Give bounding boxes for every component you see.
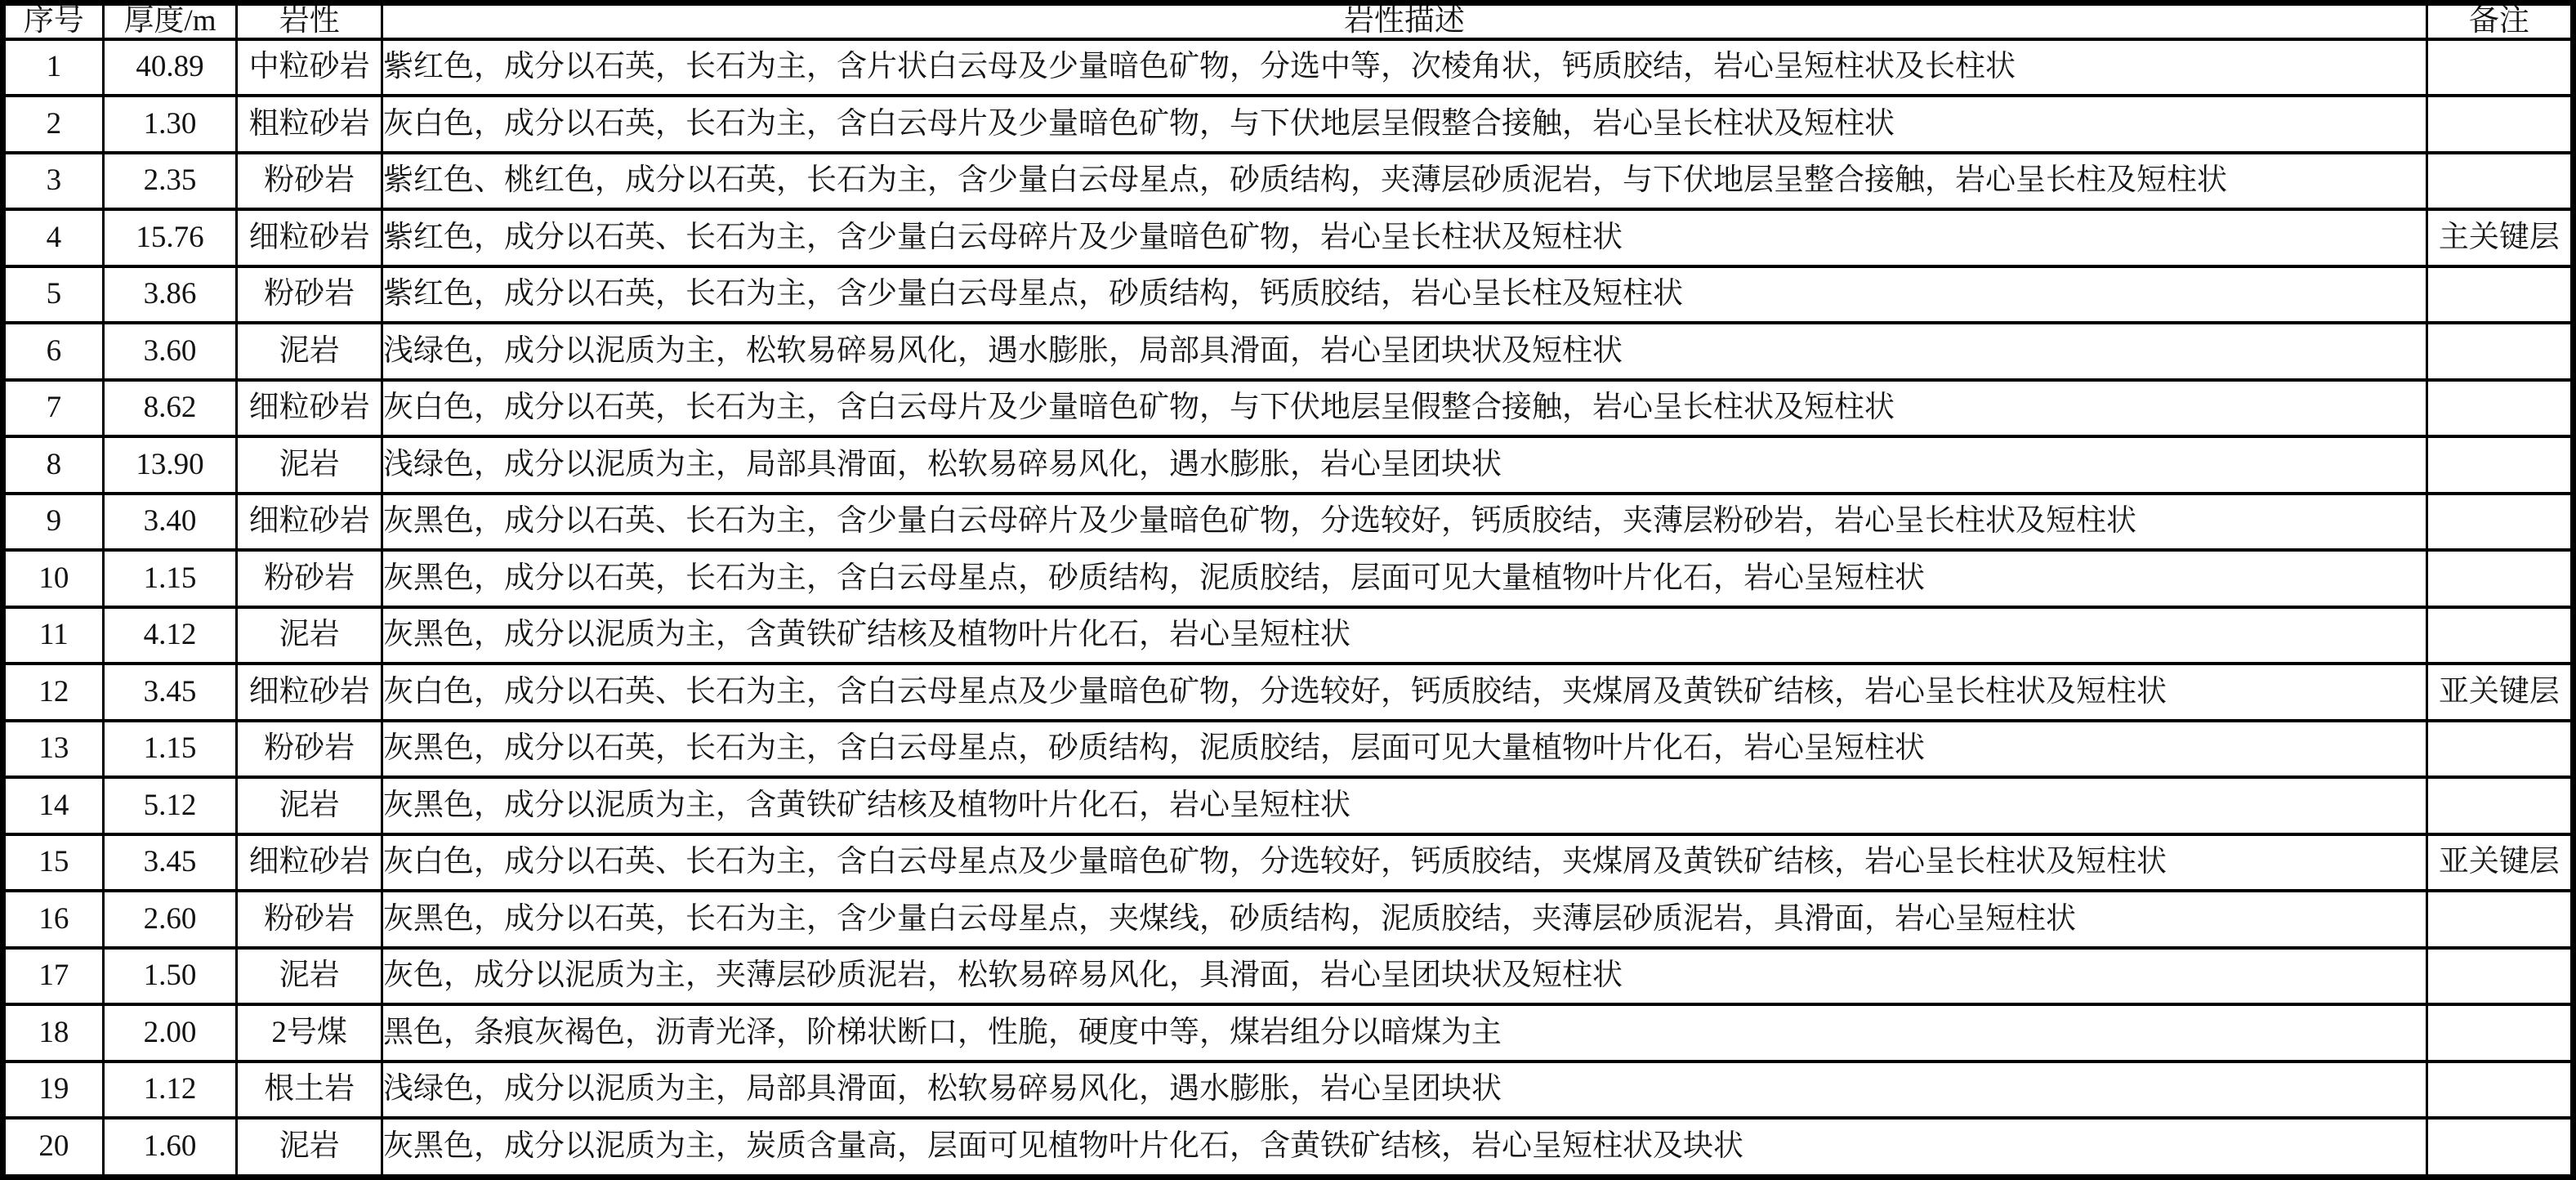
cell-seq-number: 13 <box>3 721 104 778</box>
cell-lithology: 粉砂岩 <box>237 550 382 607</box>
cell-seq-number: 10 <box>3 550 104 607</box>
cell-remark <box>2426 721 2573 778</box>
cell-description: 灰黑色，成分以泥质为主，炭质含量高，层面可见植物叶片化石，含黄铁矿结核，岩心呈短… <box>382 1118 2427 1177</box>
cell-description: 灰黑色，成分以泥质为主，含黄铁矿结核及植物叶片化石，岩心呈短柱状 <box>382 607 2427 664</box>
cell-remark <box>2426 96 2573 153</box>
header-lithology: 岩性 <box>237 3 382 39</box>
table-row: 16 2.60 粉砂岩 灰黑色，成分以石英，长石为主，含少量白云母星点，夹煤线，… <box>3 891 2574 948</box>
cell-lithology: 细粒砂岩 <box>237 834 382 892</box>
cell-seq-number: 3 <box>3 153 104 210</box>
cell-description: 灰白色，成分以石英，长石为主，含白云母片及少量暗色矿物，与下伏地层呈假整合接触，… <box>382 96 2427 153</box>
table-row: 15 3.45 细粒砂岩 灰白色，成分以石英、长石为主，含白云母星点及少量暗色矿… <box>3 834 2574 892</box>
cell-remark <box>2426 266 2573 324</box>
header-description: 岩性描述 <box>382 3 2427 39</box>
cell-seq-number: 17 <box>3 948 104 1005</box>
cell-lithology: 细粒砂岩 <box>237 664 382 721</box>
cell-thickness: 1.60 <box>103 1118 237 1177</box>
cell-seq-number: 6 <box>3 323 104 380</box>
cell-description: 浅绿色，成分以泥质为主，局部具滑面，松软易碎易风化，遇水膨胀，岩心呈团块状 <box>382 1062 2427 1119</box>
cell-remark <box>2426 1062 2573 1119</box>
cell-remark <box>2426 380 2573 437</box>
table-row: 14 5.12 泥岩 灰黑色，成分以泥质为主，含黄铁矿结核及植物叶片化石，岩心呈… <box>3 777 2574 834</box>
cell-thickness: 13.90 <box>103 436 237 494</box>
cell-seq-number: 19 <box>3 1062 104 1119</box>
cell-thickness: 5.12 <box>103 777 237 834</box>
table-row: 9 3.40 细粒砂岩 灰黑色，成分以石英、长石为主，含少量白云母碎片及少量暗色… <box>3 494 2574 551</box>
cell-remark: 主关键层 <box>2426 209 2573 266</box>
cell-seq-number: 9 <box>3 494 104 551</box>
cell-lithology: 泥岩 <box>237 1118 382 1177</box>
cell-remark <box>2426 777 2573 834</box>
cell-lithology: 泥岩 <box>237 777 382 834</box>
cell-remark <box>2426 607 2573 664</box>
table-row: 20 1.60 泥岩 灰黑色，成分以泥质为主，炭质含量高，层面可见植物叶片化石，… <box>3 1118 2574 1177</box>
cell-description: 灰黑色，成分以石英、长石为主，含少量白云母碎片及少量暗色矿物，分选较好，钙质胶结… <box>382 494 2427 551</box>
cell-remark: 亚关键层 <box>2426 664 2573 721</box>
header-remark: 备注 <box>2426 3 2573 39</box>
cell-remark <box>2426 891 2573 948</box>
table-row: 17 1.50 泥岩 灰色，成分以泥质为主，夹薄层砂质泥岩，松软易碎易风化，具滑… <box>3 948 2574 1005</box>
cell-remark <box>2426 153 2573 210</box>
cell-lithology: 细粒砂岩 <box>237 494 382 551</box>
cell-lithology: 根土岩 <box>237 1062 382 1119</box>
table-row: 5 3.86 粉砂岩 紫红色，成分以石英，长石为主，含少量白云母星点，砂质结构，… <box>3 266 2574 324</box>
cell-remark <box>2426 323 2573 380</box>
table-row: 19 1.12 根土岩 浅绿色，成分以泥质为主，局部具滑面，松软易碎易风化，遇水… <box>3 1062 2574 1119</box>
table-row: 13 1.15 粉砂岩 灰黑色，成分以石英，长石为主，含白云母星点，砂质结构，泥… <box>3 721 2574 778</box>
cell-lithology: 粉砂岩 <box>237 721 382 778</box>
cell-seq-number: 2 <box>3 96 104 153</box>
cell-seq-number: 11 <box>3 607 104 664</box>
cell-description: 灰黑色，成分以石英，长石为主，含白云母星点，砂质结构，泥质胶结，层面可见大量植物… <box>382 550 2427 607</box>
cell-description: 浅绿色，成分以泥质为主，局部具滑面，松软易碎易风化，遇水膨胀，岩心呈团块状 <box>382 436 2427 494</box>
cell-lithology: 粉砂岩 <box>237 891 382 948</box>
cell-remark <box>2426 494 2573 551</box>
cell-description: 黑色，条痕灰褐色，沥青光泽，阶梯状断口，性脆，硬度中等，煤岩组分以暗煤为主 <box>382 1004 2427 1062</box>
cell-lithology: 细粒砂岩 <box>237 209 382 266</box>
cell-lithology: 粉砂岩 <box>237 153 382 210</box>
cell-thickness: 40.89 <box>103 39 237 96</box>
table-row: 10 1.15 粉砂岩 灰黑色，成分以石英，长石为主，含白云母星点，砂质结构，泥… <box>3 550 2574 607</box>
cell-seq-number: 5 <box>3 266 104 324</box>
header-seq-number: 序号 <box>3 3 104 39</box>
table-row: 11 4.12 泥岩 灰黑色，成分以泥质为主，含黄铁矿结核及植物叶片化石，岩心呈… <box>3 607 2574 664</box>
cell-seq-number: 7 <box>3 380 104 437</box>
cell-thickness: 1.12 <box>103 1062 237 1119</box>
cell-seq-number: 18 <box>3 1004 104 1062</box>
table-row: 6 3.60 泥岩 浅绿色，成分以泥质为主，松软易碎易风化，遇水膨胀，局部具滑面… <box>3 323 2574 380</box>
cell-remark <box>2426 39 2573 96</box>
cell-description: 紫红色，成分以石英，长石为主，含片状白云母及少量暗色矿物，分选中等，次棱角状，钙… <box>382 39 2427 96</box>
cell-description: 紫红色，成分以石英、长石为主，含少量白云母碎片及少量暗色矿物，岩心呈长柱状及短柱… <box>382 209 2427 266</box>
cell-description: 紫红色、桃红色，成分以石英，长石为主，含少量白云母星点，砂质结构，夹薄层砂质泥岩… <box>382 153 2427 210</box>
cell-thickness: 3.45 <box>103 834 237 892</box>
table-row: 8 13.90 泥岩 浅绿色，成分以泥质为主，局部具滑面，松软易碎易风化，遇水膨… <box>3 436 2574 494</box>
cell-lithology: 泥岩 <box>237 323 382 380</box>
header-row: 序号 厚度/m 岩性 岩性描述 备注 <box>3 3 2574 39</box>
cell-thickness: 1.15 <box>103 721 237 778</box>
cell-lithology: 中粒砂岩 <box>237 39 382 96</box>
cell-thickness: 3.86 <box>103 266 237 324</box>
cell-thickness: 1.30 <box>103 96 237 153</box>
cell-remark <box>2426 1004 2573 1062</box>
cell-seq-number: 12 <box>3 664 104 721</box>
cell-thickness: 3.60 <box>103 323 237 380</box>
table-row: 3 2.35 粉砂岩 紫红色、桃红色，成分以石英，长石为主，含少量白云母星点，砂… <box>3 153 2574 210</box>
table-row: 7 8.62 细粒砂岩 灰白色，成分以石英，长石为主，含白云母片及少量暗色矿物，… <box>3 380 2574 437</box>
cell-seq-number: 14 <box>3 777 104 834</box>
cell-seq-number: 4 <box>3 209 104 266</box>
cell-lithology: 泥岩 <box>237 948 382 1005</box>
cell-description: 灰白色，成分以石英、长石为主，含白云母星点及少量暗色矿物，分选较好，钙质胶结，夹… <box>382 834 2427 892</box>
cell-thickness: 1.15 <box>103 550 237 607</box>
table-row: 2 1.30 粗粒砂岩 灰白色，成分以石英，长石为主，含白云母片及少量暗色矿物，… <box>3 96 2574 153</box>
cell-description: 灰白色，成分以石英、长石为主，含白云母星点及少量暗色矿物，分选较好，钙质胶结，夹… <box>382 664 2427 721</box>
cell-remark <box>2426 436 2573 494</box>
cell-thickness: 1.50 <box>103 948 237 1005</box>
cell-seq-number: 15 <box>3 834 104 892</box>
table-row: 12 3.45 细粒砂岩 灰白色，成分以石英、长石为主，含白云母星点及少量暗色矿… <box>3 664 2574 721</box>
cell-lithology: 2号煤 <box>237 1004 382 1062</box>
cell-remark <box>2426 1118 2573 1177</box>
cell-description: 灰黑色，成分以泥质为主，含黄铁矿结核及植物叶片化石，岩心呈短柱状 <box>382 777 2427 834</box>
borehole-lithology-page: 序号 厚度/m 岩性 岩性描述 备注 1 40.89 中粒砂岩 紫红色，成分以石… <box>0 0 2576 1180</box>
cell-thickness: 2.35 <box>103 153 237 210</box>
table-row: 4 15.76 细粒砂岩 紫红色，成分以石英、长石为主，含少量白云母碎片及少量暗… <box>3 209 2574 266</box>
cell-lithology: 泥岩 <box>237 607 382 664</box>
cell-thickness: 4.12 <box>103 607 237 664</box>
cell-seq-number: 1 <box>3 39 104 96</box>
cell-thickness: 3.40 <box>103 494 237 551</box>
cell-thickness: 3.45 <box>103 664 237 721</box>
cell-thickness: 15.76 <box>103 209 237 266</box>
cell-thickness: 2.00 <box>103 1004 237 1062</box>
cell-seq-number: 8 <box>3 436 104 494</box>
cell-description: 紫红色，成分以石英，长石为主，含少量白云母星点，砂质结构，钙质胶结，岩心呈长柱及… <box>382 266 2427 324</box>
cell-description: 浅绿色，成分以泥质为主，松软易碎易风化，遇水膨胀，局部具滑面，岩心呈团块状及短柱… <box>382 323 2427 380</box>
cell-thickness: 2.60 <box>103 891 237 948</box>
cell-seq-number: 20 <box>3 1118 104 1177</box>
cell-thickness: 8.62 <box>103 380 237 437</box>
cell-description: 灰黑色，成分以石英，长石为主，含少量白云母星点，夹煤线，砂质结构，泥质胶结，夹薄… <box>382 891 2427 948</box>
cell-lithology: 粉砂岩 <box>237 266 382 324</box>
cell-seq-number: 16 <box>3 891 104 948</box>
cell-description: 灰黑色，成分以石英，长石为主，含白云母星点，砂质结构，泥质胶结，层面可见大量植物… <box>382 721 2427 778</box>
cell-remark: 亚关键层 <box>2426 834 2573 892</box>
cell-lithology: 泥岩 <box>237 436 382 494</box>
cell-lithology: 细粒砂岩 <box>237 380 382 437</box>
cell-lithology: 粗粒砂岩 <box>237 96 382 153</box>
cell-remark <box>2426 948 2573 1005</box>
cell-description: 灰白色，成分以石英，长石为主，含白云母片及少量暗色矿物，与下伏地层呈假整合接触，… <box>382 380 2427 437</box>
table-row: 1 40.89 中粒砂岩 紫红色，成分以石英，长石为主，含片状白云母及少量暗色矿… <box>3 39 2574 96</box>
header-thickness: 厚度/m <box>103 3 237 39</box>
table-row: 18 2.00 2号煤 黑色，条痕灰褐色，沥青光泽，阶梯状断口，性脆，硬度中等，… <box>3 1004 2574 1062</box>
lithology-table: 序号 厚度/m 岩性 岩性描述 备注 1 40.89 中粒砂岩 紫红色，成分以石… <box>0 0 2576 1180</box>
cell-remark <box>2426 550 2573 607</box>
cell-description: 灰色，成分以泥质为主，夹薄层砂质泥岩，松软易碎易风化，具滑面，岩心呈团块状及短柱… <box>382 948 2427 1005</box>
